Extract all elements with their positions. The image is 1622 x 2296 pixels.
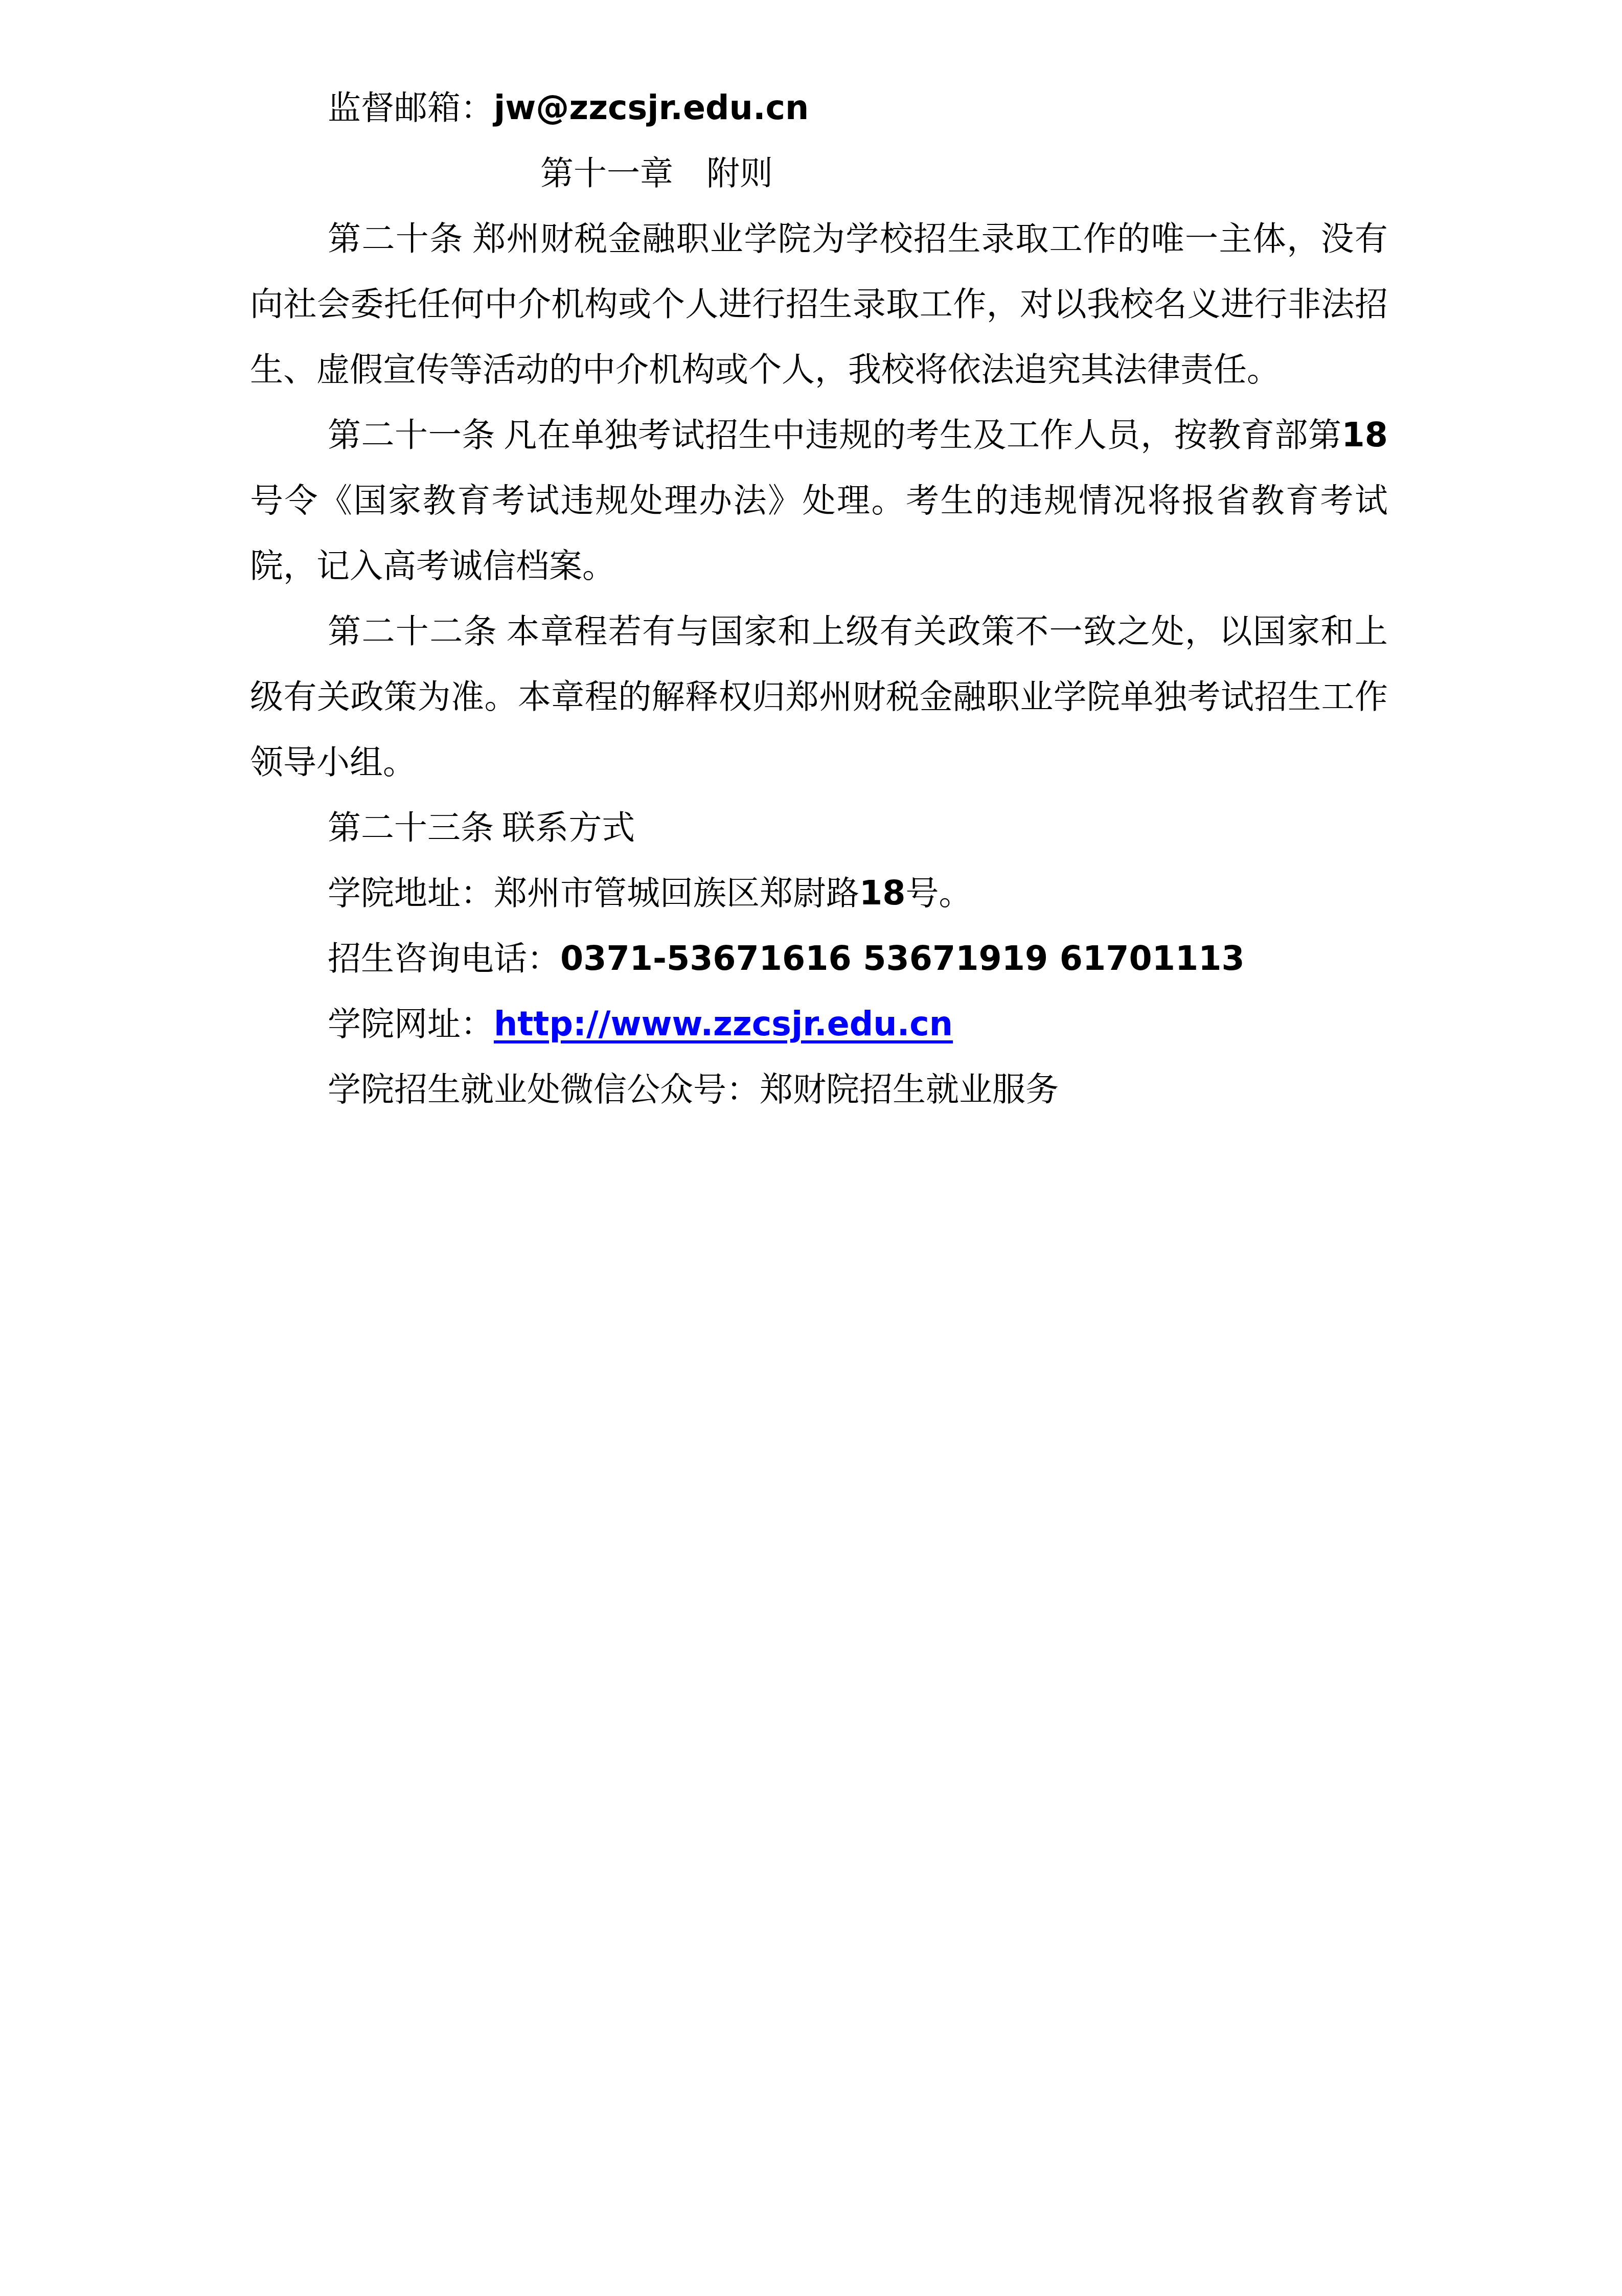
chapter-11-heading: 第十一章 附则 — [250, 141, 1388, 207]
address-line: 学院地址：郑州市管城回族区郑尉路18号。 — [250, 861, 1388, 926]
article-22-line-2: 级有关政策为准。本章程的解释权归郑州财税金融职业学院单独考试招生工作 — [250, 665, 1388, 730]
phone-label: 招生咨询电话： — [328, 941, 560, 977]
article-20-line-2: 向社会委托任何中介机构或个人进行招生录取工作，对以我校名义进行非法招 — [250, 272, 1388, 337]
college-website-link[interactable]: http://www.zzcsjr.edu.cn — [494, 1005, 953, 1043]
article-21-line-1-text: 第二十一条 凡在单独考试招生中违规的考生及工作人员，按教育部第 — [328, 417, 1342, 454]
article-22-line-3: 领导小组。 — [250, 730, 1388, 795]
address-number: 18 — [859, 874, 905, 913]
article-21-line-3: 院，记入高考诚信档案。 — [250, 534, 1388, 599]
website-label: 学院网址： — [328, 1006, 494, 1043]
article-22-line-1: 第二十二条 本章程若有与国家和上级有关政策不一致之处，以国家和上 — [250, 599, 1388, 665]
website-line: 学院网址：http://www.zzcsjr.edu.cn — [250, 992, 1388, 1057]
article-21-line-2: 号令《国家教育考试违规处理办法》处理。考生的违规情况将报省教育考试 — [250, 468, 1388, 534]
address-suffix: 号。 — [905, 875, 972, 912]
supervision-email-value: jw@zzcsjr.edu.cn — [494, 89, 809, 127]
article-21-line-1-number: 18 — [1342, 416, 1388, 454]
phone-line: 招生咨询电话：0371-53671616 53671919 61701113 — [250, 926, 1388, 992]
address-prefix: 学院地址：郑州市管城回族区郑尉路 — [328, 875, 859, 912]
article-20-line-1: 第二十条 郑州财税金融职业学院为学校招生录取工作的唯一主体，没有 — [250, 207, 1388, 272]
article-23-heading: 第二十三条 联系方式 — [250, 795, 1388, 861]
article-21-line-1: 第二十一条 凡在单独考试招生中违规的考生及工作人员，按教育部第18 — [250, 403, 1388, 468]
document-content: 监督邮箱：jw@zzcsjr.edu.cn 第十一章 附则 第二十条 郑州财税金… — [250, 0, 1388, 1123]
supervision-email-line: 监督邮箱：jw@zzcsjr.edu.cn — [250, 76, 1388, 141]
wechat-line: 学院招生就业处微信公众号：郑财院招生就业服务 — [250, 1057, 1388, 1123]
phone-numbers: 0371-53671616 53671919 61701113 — [560, 940, 1245, 978]
document-page: 监督邮箱：jw@zzcsjr.edu.cn 第十一章 附则 第二十条 郑州财税金… — [0, 0, 1622, 2296]
article-20-line-3: 生、虚假宣传等活动的中介机构或个人，我校将依法追究其法律责任。 — [250, 337, 1388, 403]
supervision-email-label: 监督邮箱： — [328, 90, 494, 127]
